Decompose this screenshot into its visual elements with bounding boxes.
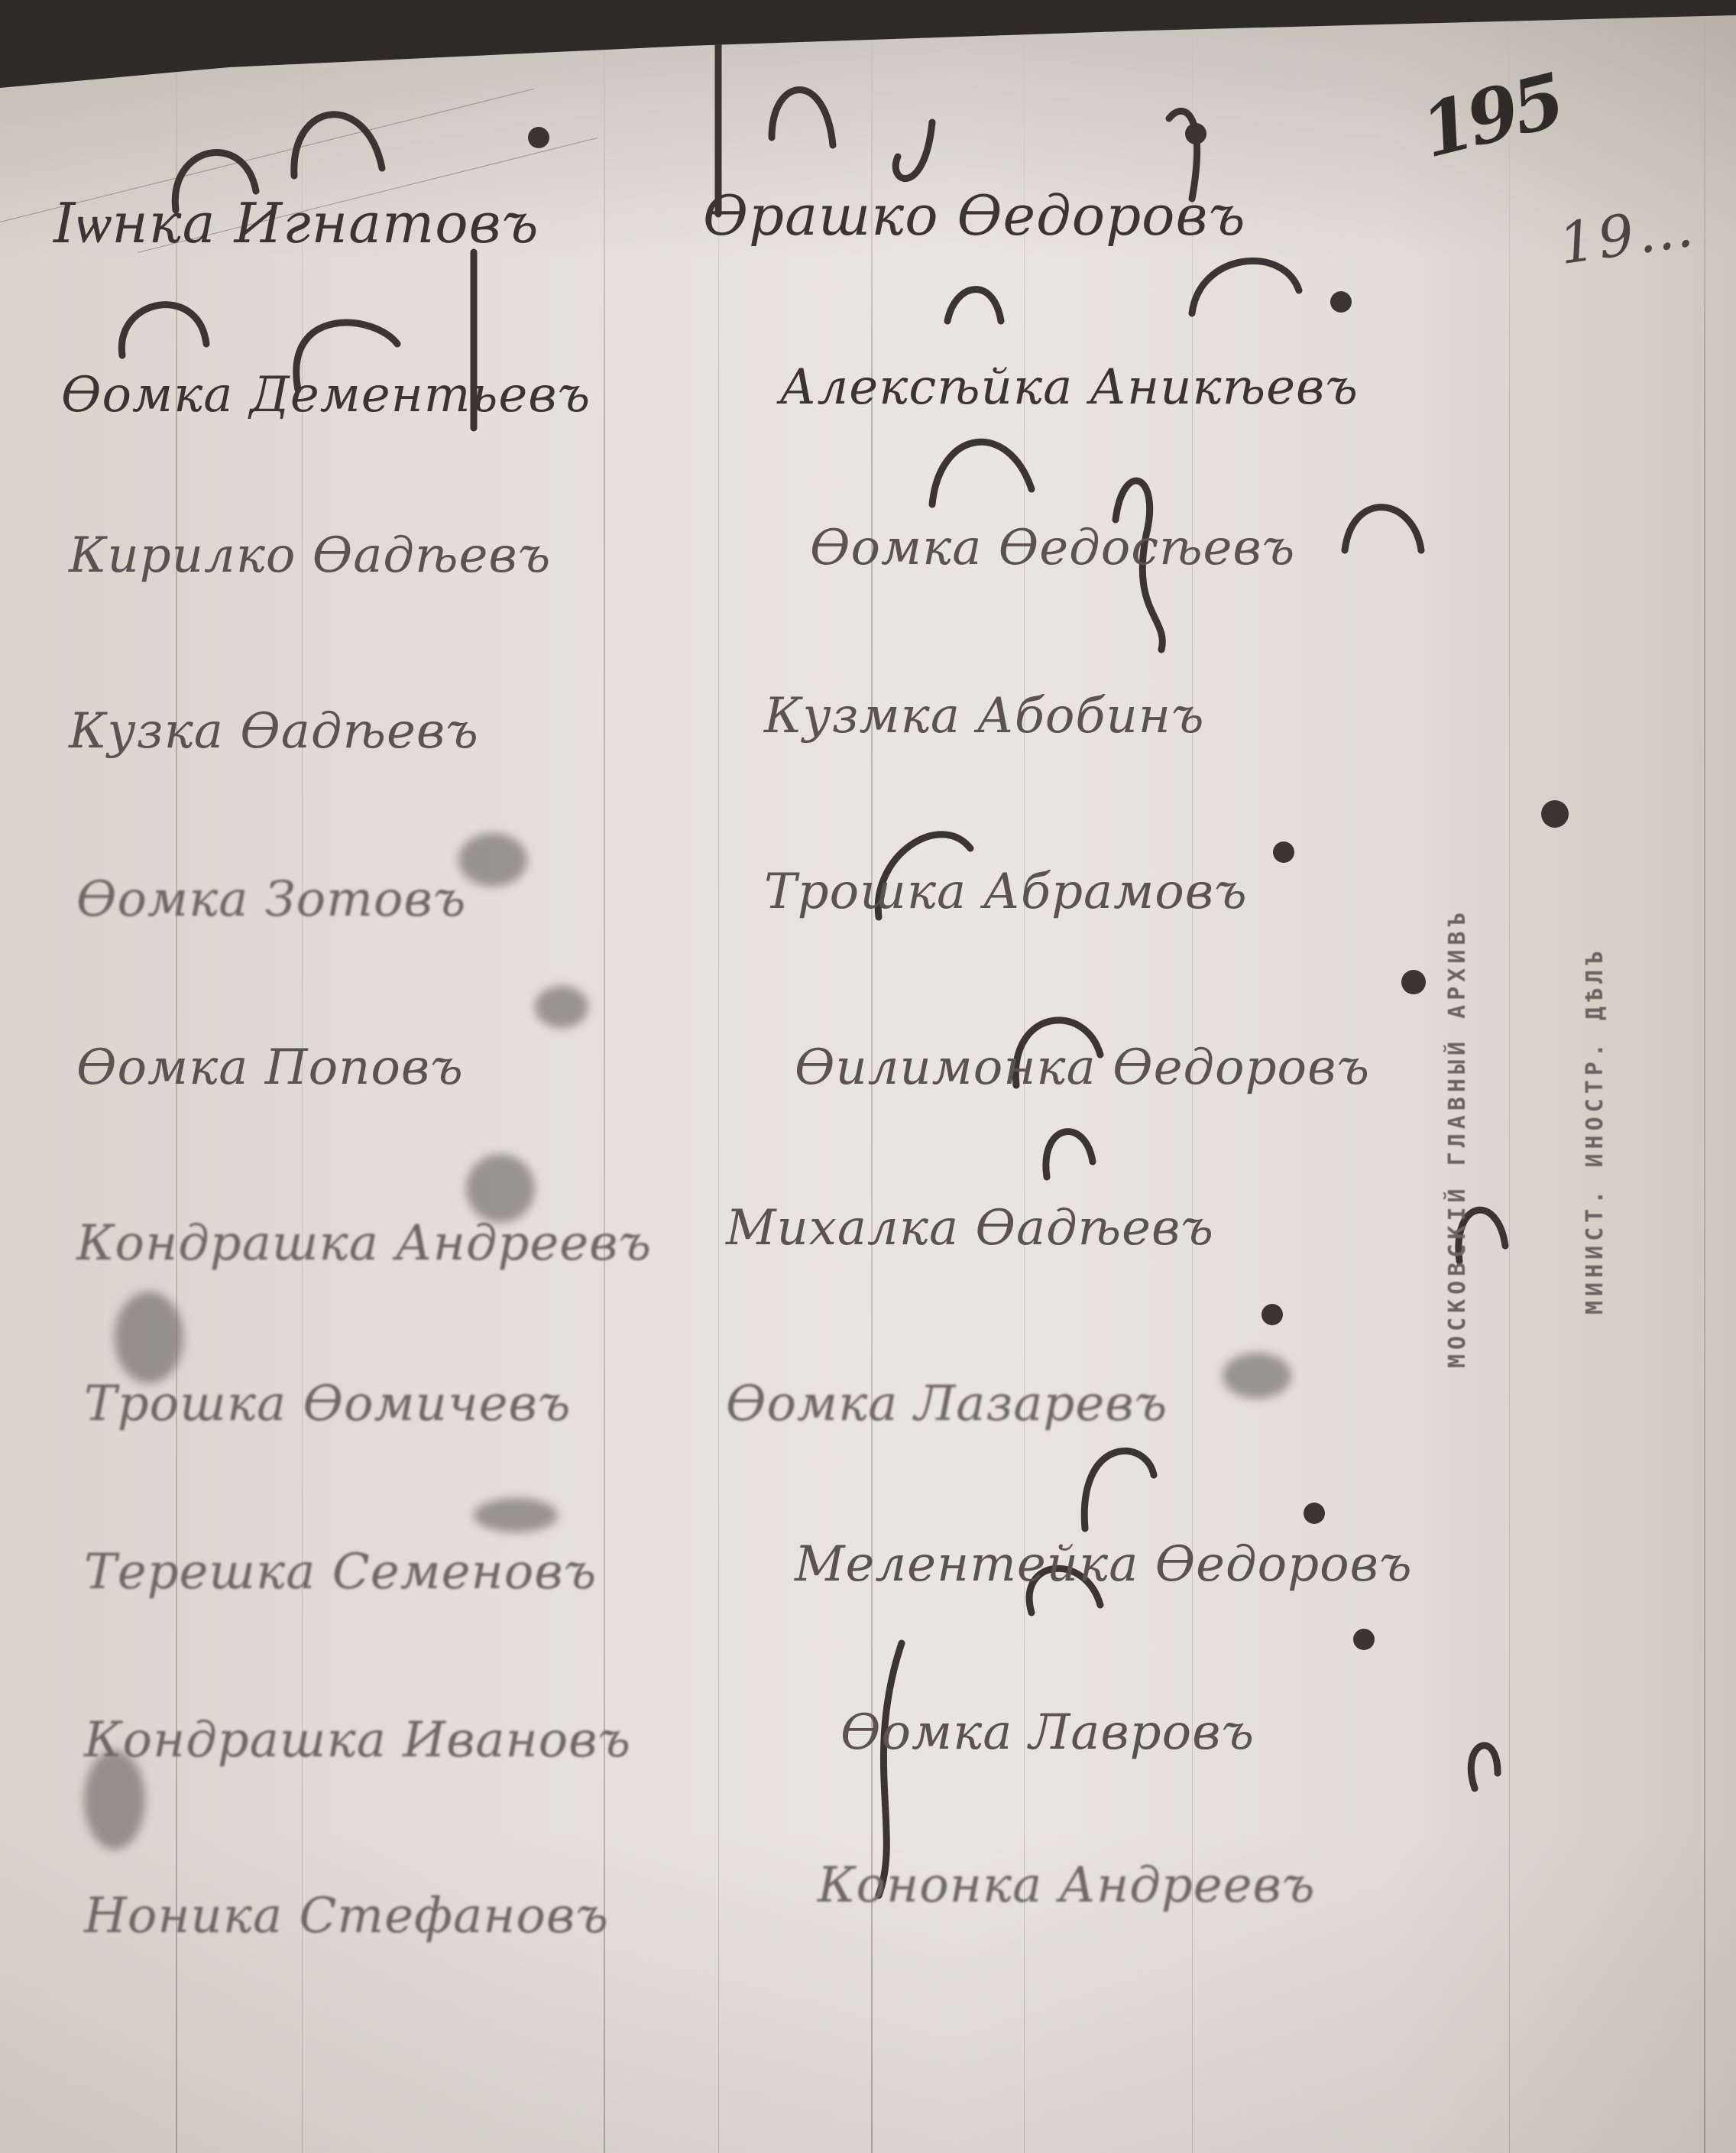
name-entry: Кондрашка Андреевъ: [76, 1215, 652, 1272]
name-entry: Ѳомка Поповъ: [76, 1039, 464, 1096]
name-entry: Ноника Стефановъ: [84, 1888, 609, 1944]
name-entry: Ѳрашко Ѳедоровъ: [703, 183, 1245, 248]
name-entry: Кондрашка Ивановъ: [84, 1712, 631, 1769]
ink-blot: [474, 1498, 558, 1532]
name-entry: Ѳомка Лавровъ: [840, 1704, 1255, 1761]
ink-blot: [115, 1292, 183, 1383]
name-entry: Михалка Ѳадѣевъ: [726, 1200, 1214, 1256]
name-entry: Ѳомка Дементьевъ: [61, 367, 591, 423]
ink-blot: [466, 1154, 535, 1223]
film-scratch: [604, 0, 605, 2153]
ink-blot: [535, 986, 588, 1028]
name-entry: Кузмка Абобинъ: [764, 688, 1205, 744]
name-entry: Терешка Семеновъ: [84, 1544, 597, 1600]
name-entry: Кузка Ѳадѣевъ: [69, 703, 479, 760]
film-scratch: [1704, 0, 1705, 2153]
name-entry: Кононка Андреевъ: [818, 1857, 1315, 1914]
name-entry: Алексѣйка Аникѣевъ: [779, 359, 1359, 416]
ink-blot: [458, 833, 527, 887]
manuscript-page: 195 19…: [0, 0, 1736, 2153]
name-entry: Іѡнка Игнатовъ: [53, 191, 539, 256]
archive-stamp: МОСКОВСКІЙ ГЛАВНЫЙ АРХИВЪ: [1444, 908, 1471, 1368]
name-entry: Ѳилимонка Ѳедоровъ: [795, 1039, 1370, 1096]
archive-stamp: МИНИСТ. ИНОСТР. ДѢЛЪ: [1582, 947, 1608, 1315]
name-entry: Ѳомка Зотовъ: [76, 871, 466, 928]
film-scratch: [718, 0, 719, 2153]
folio-number: 195: [1413, 57, 1569, 175]
name-entry: Трошка Ѳомичевъ: [84, 1376, 571, 1432]
name-entry: Ѳомка Лазаревъ: [726, 1376, 1168, 1432]
film-scratch: [1509, 0, 1510, 2153]
name-entry: Кирилко Ѳадѣевъ: [69, 527, 551, 584]
folio-number-secondary: 19…: [1555, 193, 1700, 277]
name-entry: Трошка Абрамовъ: [764, 864, 1248, 920]
name-entry: Ѳомка Ѳедосѣевъ: [810, 520, 1295, 576]
ink-blot: [1223, 1353, 1291, 1399]
name-entry: Мелентейка Ѳедоровъ: [795, 1536, 1413, 1593]
